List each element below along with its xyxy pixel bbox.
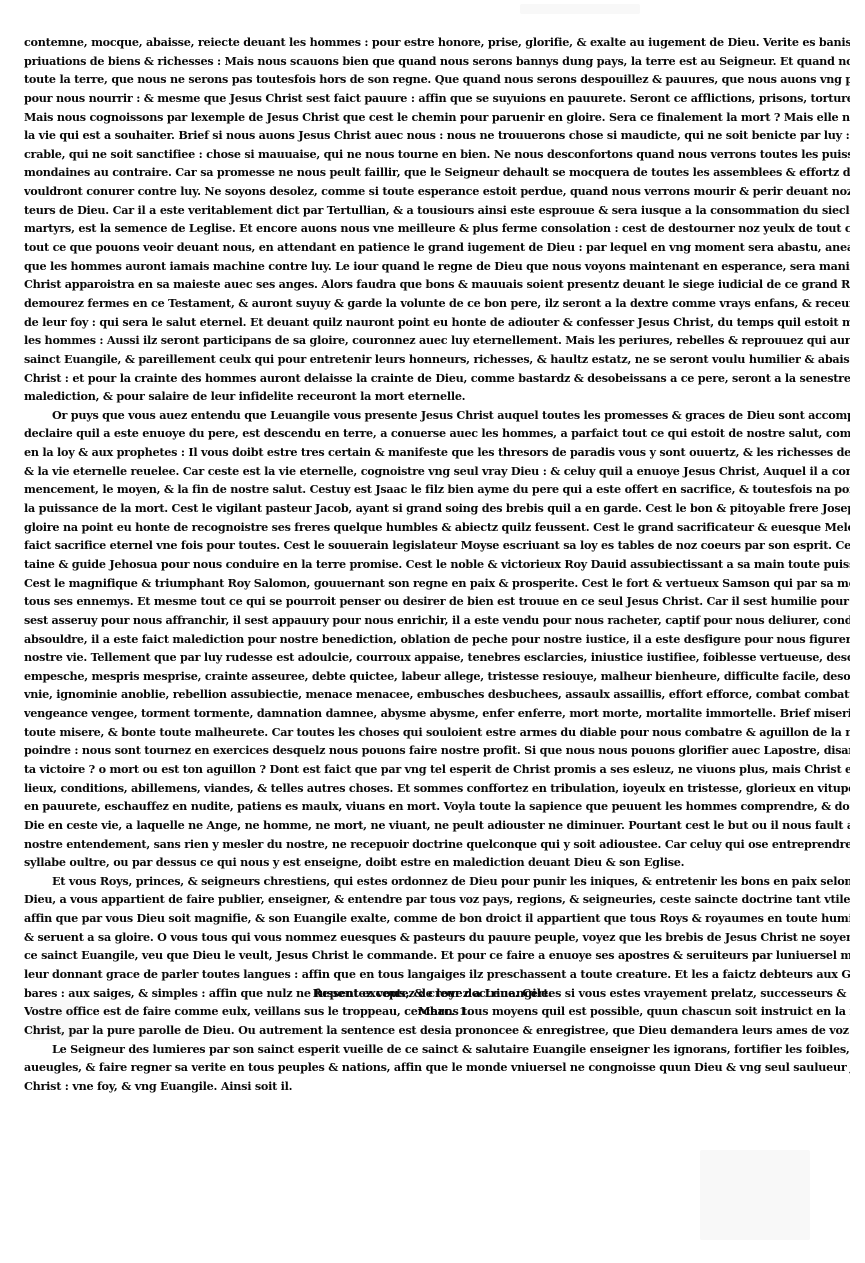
text-line: vouldront conurer contre luy. Ne soyons … — [24, 182, 850, 201]
text-line: ta victoire ? o mort ou est ton aguillon… — [24, 760, 850, 779]
text-line: faict sacrifice eternel vne fois pour to… — [24, 536, 850, 555]
text-line: Mais nous cognoissons par lexemple de Je… — [24, 108, 850, 127]
text-line: vnie, ignominie anoblie, rebellion assub… — [24, 685, 850, 704]
text-line: teurs de Dieu. Car il a este veritableme… — [24, 201, 850, 220]
text-line: en pauurete, eschauffez en nudite, patie… — [24, 797, 850, 816]
text-line: declaire quil a este enuoye du pere, est… — [24, 424, 850, 443]
text-line: nostre vie. Tellement que par luy rudess… — [24, 648, 850, 667]
text-line: priuations de biens & richesses : Mais n… — [24, 52, 850, 71]
paragraph-first-line: Or puys que vous auez entendu que Leuang… — [24, 406, 850, 425]
text-line: empesche, mespris mesprise, crainte asse… — [24, 667, 850, 686]
text-line: Cest le magnifique & triumphant Roy Salo… — [24, 574, 850, 593]
text-line: poindre : nous sont tournez en exercices… — [24, 741, 850, 760]
text-line: la vie qui est a souhaiter. Brief si nou… — [24, 126, 850, 145]
text-line: ce sainct Euangile, veu que Dieu le veul… — [24, 946, 850, 965]
text-line: que les hommes auront iamais machine con… — [24, 257, 850, 276]
text-line: Dieu, a vous appartient de faire publier… — [24, 890, 850, 909]
paragraph-first-line: Le Seigneur des lumieres par son sainct … — [24, 1040, 850, 1059]
scanned-page: contemne, mocque, abaisse, reiecte deuan… — [0, 0, 865, 1263]
text-line: sainct Euangile, & pareillement ceulx qu… — [24, 350, 850, 369]
text-line: toute la terre, que nous ne serons pas t… — [24, 70, 850, 89]
text-line: Christ, par la pure parolle de Dieu. Ou … — [24, 1021, 850, 1040]
text-line: gloire na point eu honte de recognoistre… — [24, 518, 850, 537]
text-line: affin que par vous Dieu soit magnifie, &… — [24, 909, 850, 928]
paragraph-first-line: contemne, mocque, abaisse, reiecte deuan… — [24, 33, 850, 52]
text-line: crable, qui ne soit sanctifiee : chose s… — [24, 145, 850, 164]
text-line: demourez fermes en ce Testament, & auron… — [24, 294, 850, 313]
text-line: Christ : et pour la crainte des hommes a… — [24, 369, 850, 388]
text-line: Christ : vne foy, & vng Euangile. Ainsi … — [24, 1077, 850, 1096]
text-line: la puissance de la mort. Cest le vigilan… — [24, 499, 850, 518]
text-line: taine & guide Jehosua pour nous conduire… — [24, 555, 850, 574]
text-line: nostre entendement, sans rien y mesler d… — [24, 835, 850, 854]
text-line: vengeance vengee, torment tormente, damn… — [24, 704, 850, 723]
text-line: absouldre, il a este faict malediction p… — [24, 630, 850, 649]
text-line: aueugles, & faire regner sa verite en to… — [24, 1058, 850, 1077]
text-line: en la loy & aux prophetes : Il vous doib… — [24, 443, 850, 462]
scripture-reference: Marc. 1. — [12, 1004, 865, 1018]
closing-exhortation: Repentez vous, & croyez a Leuangile. — [0, 986, 865, 1000]
text-line: tous ses ennemys. Et mesme tout ce qui s… — [24, 592, 850, 611]
text-line: & seruent a sa gloire. O vous tous qui v… — [24, 928, 850, 947]
text-line: martyrs, est la semence de Leglise. Et e… — [24, 219, 850, 238]
text-line: toute misere, & bonte toute malheurete. … — [24, 723, 850, 742]
scan-smudge — [700, 1150, 810, 1240]
text-line: malediction, & pour salaire de leur infi… — [24, 387, 850, 406]
text-line: pour nous nourrir : & mesme que Jesus Ch… — [24, 89, 850, 108]
text-line: lieux, conditions, abillemens, viandes, … — [24, 779, 850, 798]
scan-smudge — [520, 4, 640, 14]
text-line: Die en ceste vie, a laquelle ne Ange, ne… — [24, 816, 850, 835]
body-text: contemne, mocque, abaisse, reiecte deuan… — [24, 33, 850, 1096]
text-line: leur donnant grace de parler toutes lang… — [24, 965, 850, 984]
text-line: les hommes : Aussi ilz seront participan… — [24, 331, 850, 350]
text-line: Christ apparoistra en sa maieste auec se… — [24, 275, 850, 294]
paragraph-first-line: Et vous Roys, princes, & seigneurs chres… — [24, 872, 850, 891]
text-line: sest asseruy pour nous affranchir, il se… — [24, 611, 850, 630]
text-line: & la vie eternelle reuelee. Car ceste es… — [24, 462, 850, 481]
text-line: mencement, le moyen, & la fin de nostre … — [24, 480, 850, 499]
text-line: tout ce que pouons veoir deuant nous, en… — [24, 238, 850, 257]
text-line: syllabe oultre, ou par dessus ce qui nou… — [24, 853, 850, 872]
text-line: de leur foy : qui sera le salut eternel.… — [24, 313, 850, 332]
text-line: mondaines au contraire. Car sa promesse … — [24, 163, 850, 182]
